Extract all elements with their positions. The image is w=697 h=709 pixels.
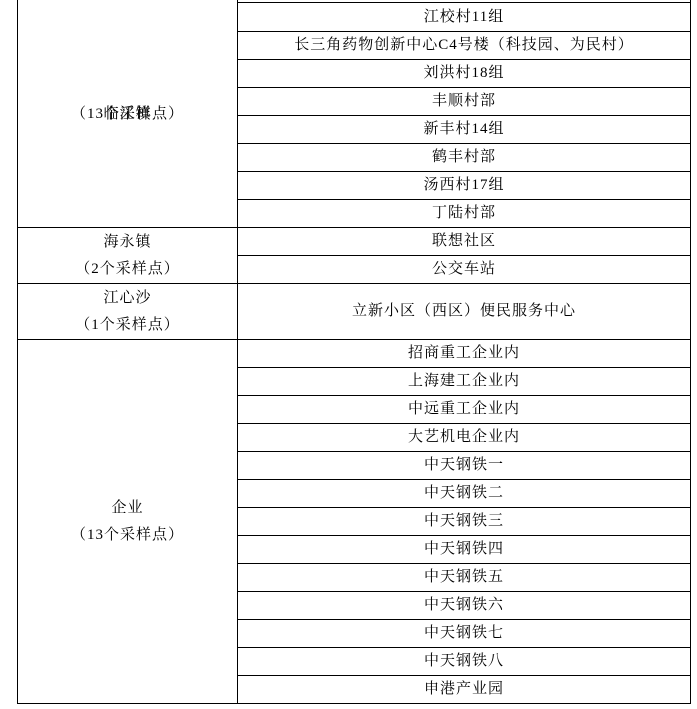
point-cell: 上海建工企业内: [238, 368, 691, 396]
point-cell: 中远重工企业内: [238, 396, 691, 424]
point-cell: 中天钢铁八: [238, 648, 691, 676]
point-cell: 刘洪村18组: [238, 60, 691, 88]
point-cell: 中天钢铁六: [238, 592, 691, 620]
point-cell: 新丰村14组: [238, 116, 691, 144]
point-cell: 长三角药物创新中心C4号楼（科技园、为民村）: [238, 32, 691, 60]
area-name: 江心沙: [18, 285, 237, 312]
point-cell: 中天钢铁四: [238, 536, 691, 564]
point-cell: 公交车站: [238, 256, 691, 284]
point-cell: 中天钢铁一: [238, 452, 691, 480]
point-cell: 立新小区（西区）便民服务中心: [238, 284, 691, 340]
area-cell-jiangxinsha: 江心沙 （1个采样点）: [18, 284, 238, 340]
area-name: 企业: [18, 495, 237, 522]
point-cell: 丰顺村部: [238, 88, 691, 116]
point-cell: 中天钢铁七: [238, 620, 691, 648]
point-cell: 招商重工企业内: [238, 340, 691, 368]
table-row: 海永镇 （2个采样点） 联想社区: [18, 228, 691, 256]
point-cell: 申港产业园: [238, 676, 691, 704]
area-name: 海永镇: [18, 229, 237, 256]
point-cell: 汤西村17组: [238, 172, 691, 200]
area-cell-linjiangzhen: 临江镇 （13个采样点）: [18, 0, 238, 228]
area-cell-haiyongzhen: 海永镇 （2个采样点）: [18, 228, 238, 284]
table-row: 企业 （13个采样点） 招商重工企业内: [18, 340, 691, 368]
point-cell: 鹤丰村部: [238, 144, 691, 172]
area-count: （2个采样点）: [18, 256, 237, 283]
area-count: （1个采样点）: [18, 312, 237, 339]
area-count: （13个采样点）: [18, 522, 237, 549]
sampling-points-table: 临江镇 （13个采样点） 江校村11组 长三角药物创新中心C4号楼（科技园、为民…: [17, 0, 691, 704]
point-cell: 大艺机电企业内: [238, 424, 691, 452]
point-cell: 中天钢铁二: [238, 480, 691, 508]
point-cell: 丁陆村部: [238, 200, 691, 228]
page: 临江镇 （13个采样点） 江校村11组 长三角药物创新中心C4号楼（科技园、为民…: [0, 0, 697, 709]
point-cell: 联想社区: [238, 228, 691, 256]
point-cell: 中天钢铁三: [238, 508, 691, 536]
table-row: 江心沙 （1个采样点） 立新小区（西区）便民服务中心: [18, 284, 691, 340]
point-cell: 中天钢铁五: [238, 564, 691, 592]
point-cell: 江校村11组: [238, 3, 691, 32]
area-cell-qiye: 企业 （13个采样点）: [18, 340, 238, 704]
